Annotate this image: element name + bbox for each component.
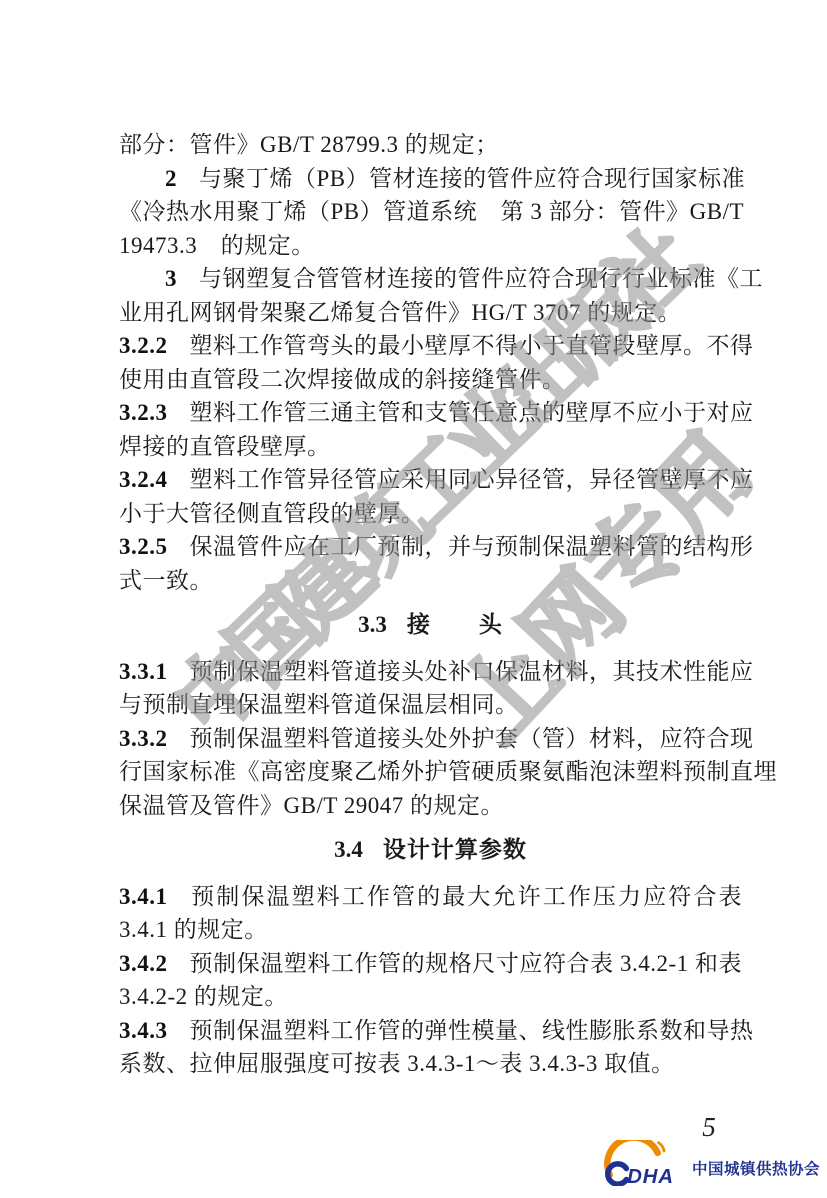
- line-text: 系数、拉伸屈服强度可按表 3.4.3-1～表 3.4.3-3 取值。: [119, 1051, 675, 1076]
- paragraph: 3.4.3预制保温塑料工作管的弹性模量、线性膨胀系数和导热系数、拉伸屈服强度可按…: [119, 1014, 742, 1081]
- body-line: 使用由直管段二次焊接做成的斜接缝管件。: [119, 363, 742, 397]
- body-line: 业用孔网钢骨架聚乙烯复合管件》HG/T 3707 的规定。: [119, 296, 742, 330]
- body-line: 部分：管件》GB/T 28799.3 的规定；: [119, 128, 742, 162]
- line-text: 塑料工作管弯头的最小壁厚不得小于直管段壁厚。不得: [190, 333, 754, 358]
- clause-number: 3.3.2: [119, 726, 168, 751]
- line-text: 塑料工作管异径管应采用同心异径管，异径管壁厚不应: [190, 467, 754, 492]
- paragraph: 3.2.4塑料工作管异径管应采用同心异径管，异径管壁厚不应小于大管径侧直管段的壁…: [119, 463, 742, 530]
- heading-title: 接 头: [407, 611, 503, 637]
- paragraph: 部分：管件》GB/T 28799.3 的规定；: [119, 128, 742, 162]
- paragraph: 3.2.5保温管件应在工厂预制，并与预制保温塑料管的结构形式一致。: [119, 530, 742, 597]
- line-text: 业用孔网钢骨架聚乙烯复合管件》HG/T 3707 的规定。: [119, 300, 681, 325]
- clause-number: 2: [165, 166, 177, 191]
- line-text: 预制保温塑料工作管的最大允许工作压力应符合表: [190, 884, 743, 909]
- body-line: 3.2.4塑料工作管异径管应采用同心异径管，异径管壁厚不应: [119, 463, 742, 497]
- body-line: 3.4.1预制保温塑料工作管的最大允许工作压力应符合表: [119, 880, 742, 914]
- line-text: 预制保温塑料工作管的弹性模量、线性膨胀系数和导热: [190, 1018, 754, 1043]
- document-page: 部分：管件》GB/T 28799.3 的规定；2与聚丁烯（PB）管材连接的管件应…: [0, 0, 827, 1198]
- paragraph: 3.3.2预制保温塑料管道接头处外护套（管）材料，应符合现行国家标准《高密度聚乙…: [119, 722, 742, 823]
- cdha-logo: DHA 中国城镇供热协会: [598, 1140, 820, 1186]
- clause-number: 3.3.1: [119, 659, 168, 684]
- logo-org-name: 中国城镇供热协会: [692, 1157, 820, 1179]
- body-line: 3.4.2-2 的规定。: [119, 980, 742, 1014]
- body-line: 3与钢塑复合管管材连接的管件应符合现行行业标准《工: [119, 262, 742, 296]
- document-body: 部分：管件》GB/T 28799.3 的规定；2与聚丁烯（PB）管材连接的管件应…: [119, 128, 742, 1081]
- clause-number: 3.2.2: [119, 333, 168, 358]
- body-line: 3.4.1 的规定。: [119, 913, 742, 947]
- body-line: 3.2.2塑料工作管弯头的最小壁厚不得小于直管段壁厚。不得: [119, 329, 742, 363]
- body-line: 3.3.2预制保温塑料管道接头处外护套（管）材料，应符合现: [119, 722, 742, 756]
- clause-number: 3.2.5: [119, 534, 168, 559]
- line-text: 预制保温塑料管道接头处外护套（管）材料，应符合现: [190, 726, 754, 751]
- body-line: 3.4.3预制保温塑料工作管的弹性模量、线性膨胀系数和导热: [119, 1014, 742, 1048]
- paragraph: 3.2.2塑料工作管弯头的最小壁厚不得小于直管段壁厚。不得使用由直管段二次焊接做…: [119, 329, 742, 396]
- clause-number: 3: [165, 266, 177, 291]
- body-line: 与预制直埋保温塑料管道保温层相同。: [119, 688, 742, 722]
- body-line: 系数、拉伸屈服强度可按表 3.4.3-1～表 3.4.3-3 取值。: [119, 1047, 742, 1081]
- line-text: 与钢塑复合管管材连接的管件应符合现行行业标准《工: [199, 266, 763, 291]
- body-line: 焊接的直管段壁厚。: [119, 430, 742, 464]
- body-line: 行国家标准《高密度聚乙烯外护管硬质聚氨酯泡沫塑料预制直埋: [119, 755, 742, 789]
- paragraph: 3.2.3塑料工作管三通主管和支管任意点的壁厚不应小于对应焊接的直管段壁厚。: [119, 396, 742, 463]
- clause-number: 3.4.1: [119, 884, 168, 909]
- line-text: 《冷热水用聚丁烯（PB）管道系统 第 3 部分：管件》GB/T: [119, 199, 744, 224]
- body-line: 3.2.5保温管件应在工厂预制，并与预制保温塑料管的结构形: [119, 530, 742, 564]
- line-text: 焊接的直管段壁厚。: [119, 434, 331, 459]
- line-text: 19473.3 的规定。: [119, 233, 315, 258]
- line-text: 小于大管径侧直管段的壁厚。: [119, 501, 425, 526]
- line-text: 保温管及管件》GB/T 29047 的规定。: [119, 793, 504, 818]
- page-number: 5: [689, 1112, 729, 1143]
- line-text: 3.4.1 的规定。: [119, 917, 268, 942]
- body-line: 《冷热水用聚丁烯（PB）管道系统 第 3 部分：管件》GB/T: [119, 195, 742, 229]
- body-line: 3.4.2预制保温塑料工作管的规格尺寸应符合表 3.4.2-1 和表: [119, 947, 742, 981]
- body-line: 3.2.3塑料工作管三通主管和支管任意点的壁厚不应小于对应: [119, 396, 742, 430]
- cdha-logo-icon: DHA: [598, 1140, 686, 1186]
- line-text: 与预制直埋保温塑料管道保温层相同。: [119, 692, 519, 717]
- line-text: 保温管件应在工厂预制，并与预制保温塑料管的结构形: [190, 534, 754, 559]
- body-line: 小于大管径侧直管段的壁厚。: [119, 497, 742, 531]
- line-text: 部分：管件》GB/T 28799.3 的规定；: [119, 132, 499, 157]
- body-line: 19473.3 的规定。: [119, 229, 742, 263]
- line-text: 预制保温塑料管道接头处补口保温材料，其技术性能应: [190, 659, 754, 684]
- heading-number: 3.4: [334, 837, 363, 862]
- heading-number: 3.3: [358, 612, 387, 637]
- logo-acronym-text: DHA: [627, 1166, 674, 1186]
- line-text: 塑料工作管三通主管和支管任意点的壁厚不应小于对应: [190, 400, 754, 425]
- body-line: 3.3.1预制保温塑料管道接头处补口保温材料，其技术性能应: [119, 655, 742, 689]
- clause-number: 3.2.3: [119, 400, 168, 425]
- clause-number: 3.2.4: [119, 467, 168, 492]
- section-heading: 3.3接 头: [119, 608, 742, 642]
- line-text: 3.4.2-2 的规定。: [119, 984, 288, 1009]
- paragraph: 3与钢塑复合管管材连接的管件应符合现行行业标准《工业用孔网钢骨架聚乙烯复合管件》…: [119, 262, 742, 329]
- body-line: 式一致。: [119, 564, 742, 598]
- line-text: 预制保温塑料工作管的规格尺寸应符合表 3.4.2-1 和表: [190, 951, 743, 976]
- paragraph: 2与聚丁烯（PB）管材连接的管件应符合现行国家标准《冷热水用聚丁烯（PB）管道系…: [119, 162, 742, 263]
- paragraph: 3.4.1预制保温塑料工作管的最大允许工作压力应符合表3.4.1 的规定。: [119, 880, 742, 947]
- line-text: 与聚丁烯（PB）管材连接的管件应符合现行国家标准: [199, 166, 745, 191]
- section-heading: 3.4设计计算参数: [119, 833, 742, 867]
- heading-title: 设计计算参数: [383, 836, 527, 862]
- line-text: 使用由直管段二次焊接做成的斜接缝管件。: [119, 367, 566, 392]
- body-line: 保温管及管件》GB/T 29047 的规定。: [119, 789, 742, 823]
- clause-number: 3.4.2: [119, 951, 168, 976]
- line-text: 行国家标准《高密度聚乙烯外护管硬质聚氨酯泡沫塑料预制直埋: [119, 759, 777, 784]
- paragraph: 3.3.1预制保温塑料管道接头处补口保温材料，其技术性能应与预制直埋保温塑料管道…: [119, 655, 742, 722]
- clause-number: 3.4.3: [119, 1018, 168, 1043]
- body-line: 2与聚丁烯（PB）管材连接的管件应符合现行国家标准: [119, 162, 742, 196]
- line-text: 式一致。: [119, 568, 213, 593]
- paragraph: 3.4.2预制保温塑料工作管的规格尺寸应符合表 3.4.2-1 和表3.4.2-…: [119, 947, 742, 1014]
